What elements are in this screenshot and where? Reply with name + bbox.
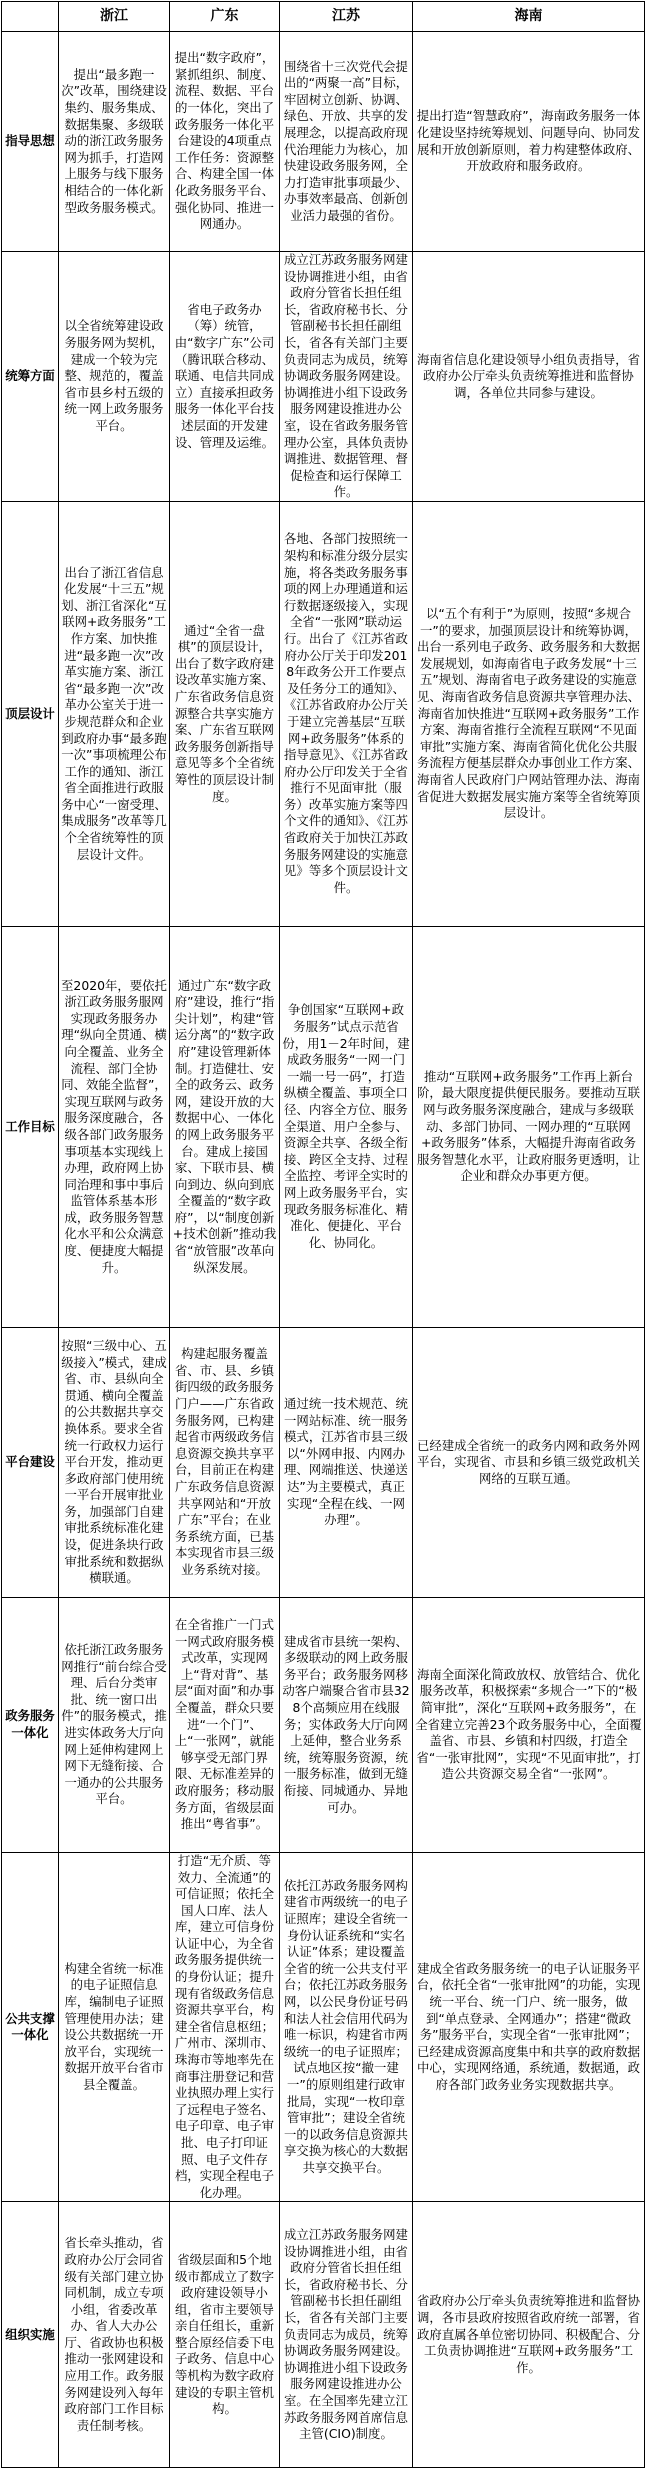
cell-guangdong: 省电子政务办（筹）统管，由“数字广东”公司（腾讯联合移动、联通、电信共同成立）直…	[170, 252, 280, 502]
row-label: 组织实施	[2, 2202, 59, 2416]
table-row: 平台建设 按照“三级中心、五级接入”模式，建成省、市、县纵向全贯通、横向全覆盖的…	[2, 1327, 645, 1597]
row-label: 指导思想	[2, 32, 59, 252]
cell-guangdong: 构建起服务覆盖省、市、县、乡镇街四级的政务服务门户——广东省政务服务网，已构建起…	[170, 1327, 280, 1597]
cell-hainan: 建成全省政务服务统一的电子认证服务平台，依托全省“一张审批网”的功能，实现统一平…	[413, 1852, 645, 2201]
row-label: 平台建设	[2, 1327, 59, 1597]
cell-zhejiang: 以全省统筹建设政务服务网为契机，建成一个较为完整、规范的，覆盖省市县乡村五级的统…	[59, 252, 170, 502]
cell-guangdong: 省级层面和5个地级市都成立了数字政府建设领导小组，省市主要领导亲自任组长，重新整…	[170, 2202, 280, 2416]
cell-zhejiang: 省长牵头推动，省政府办公厅会同省级有关部门建立协同机制，成立专项小组，省委改革办…	[59, 2202, 170, 2416]
cell-jiangsu: 通过统一技术规范、统一网站标准、统一服务模式，江苏省市县三级以“外网申报、内网办…	[280, 1327, 413, 1597]
cell-jiangsu: 各地、各部门按照统一架构和标准分级分层实施，将各类政务服务事项的网上办理通道和运…	[280, 501, 413, 926]
cell-guangdong: 打造“无介质、等效力、全流通”的可信证照；依托全国人口库、法人库，建立可信身份认…	[170, 1852, 280, 2201]
cell-zhejiang: 构建全省统一标准的电子证照信息库，编制电子证照管理使用办法；建设公共数据统一开放…	[59, 1852, 170, 2201]
cell-zhejiang: 提出“最多跑一次”改革，围绕建设集约、服务集成、数据集聚、多级联动的浙江政务服务…	[59, 32, 170, 252]
cell-zhejiang: 依托浙江政务服务网推行“前台综合受理、后台分类审批、统一窗口出件”的服务模式，推…	[59, 1597, 170, 1852]
province-comparison-table: 浙江 广东 江苏 海南 指导思想 提出“最多跑一次”改革，围绕建设集约、服务集成…	[1, 1, 645, 2416]
cell-hainan: 提出打造“智慧政府”，海南政务服务一体化建设坚持统筹规划、问题导向、协同发展和开…	[413, 32, 645, 252]
header-corner	[2, 2, 59, 32]
cell-jiangsu: 围绕省十三次党代会提出的“两聚一高”目标，牢固树立创新、协调、绿色、开放、共享的…	[280, 32, 413, 252]
cell-zhejiang: 按照“三级中心、五级接入”模式，建成省、市、县纵向全贯通、横向全覆盖的公共数据共…	[59, 1327, 170, 1597]
header-hainan: 海南	[413, 2, 645, 32]
header-zhejiang: 浙江	[59, 2, 170, 32]
cell-guangdong: 通过“全省一盘棋”的顶层设计，出台了数字政府建设改革实施方案、广东省政务信息资源…	[170, 501, 280, 926]
cell-hainan: 已经建成全省统一的政务内网和政务外网平台，实现省、市县和乡镇三级党政机关网络的互…	[413, 1327, 645, 1597]
row-label: 公共支撑一体化	[2, 1852, 59, 2201]
header-jiangsu: 江苏	[280, 2, 413, 32]
cell-guangdong: 通过广东“数字政府”建设，推行“指尖计划”，构建“管运分离”的“数字政府”建设管…	[170, 926, 280, 1327]
cell-hainan: 海南全面深化简政放权、放管结合、优化服务改革，积极探索“多规合一”下的“极简审批…	[413, 1597, 645, 1852]
cell-hainan: 推动“互联网+政务服务”工作再上新台阶，最大限度提供便民服务。要推动互联网与政务…	[413, 926, 645, 1327]
table-row: 统筹方面 以全省统筹建设政务服务网为契机，建成一个较为完整、规范的，覆盖省市县乡…	[2, 252, 645, 502]
table-row: 工作目标 至2020年，要依托浙江政务服务服网实现政务服务办理“纵向全贯通、横向…	[2, 926, 645, 1327]
cell-jiangsu: 依托江苏政务服务网构建省市两级统一的电子证照库；建设全省统一身份认证系统和“实名…	[280, 1852, 413, 2201]
row-label: 政务服务一体化	[2, 1597, 59, 1852]
header-guangdong: 广东	[170, 2, 280, 32]
cell-jiangsu: 建成省市县统一架构、多级联动的网上政务服务平台；政务服务网移动客户端聚合省市县3…	[280, 1597, 413, 1852]
table-row: 顶层设计 出台了浙江省信息化发展“十三五”规划、浙江省深化“互联网+政务服务”工…	[2, 501, 645, 926]
cell-zhejiang: 至2020年，要依托浙江政务服务服网实现政务服务办理“纵向全贯通、横向全覆盖、业…	[59, 926, 170, 1327]
cell-hainan: 省政府办公厅牵头负责统筹推进和监督协调，各市县政府按照省政府统一部署，省政府直属…	[413, 2202, 645, 2416]
row-label: 工作目标	[2, 926, 59, 1327]
row-label: 顶层设计	[2, 501, 59, 926]
header-row: 浙江 广东 江苏 海南	[2, 2, 645, 32]
cell-jiangsu: 成立江苏政务服务网建设协调推进小组，由省政府分管省长担任组长，省政府秘书长、分管…	[280, 2202, 413, 2416]
cell-hainan: 海南省信息化建设领导小组负责指导，省政府办公厅牵头负责统筹推进和监督协调，各单位…	[413, 252, 645, 502]
table-row: 组织实施 省长牵头推动，省政府办公厅会同省级有关部门建立协同机制，成立专项小组，…	[2, 2202, 645, 2416]
cell-guangdong: 在全省推广一门式一网式政府服务模式改革，实现网上“背对背”、基层“面对面”和办事…	[170, 1597, 280, 1852]
row-label: 统筹方面	[2, 252, 59, 502]
cell-zhejiang: 出台了浙江省信息化发展“十三五”规划、浙江省深化“互联网+政务服务”工作方案、加…	[59, 501, 170, 926]
cell-hainan: 以“五个有利于”为原则，按照“多规合一”的要求，加强顶层设计和统筹协调，出台一系…	[413, 501, 645, 926]
cell-guangdong: 提出“数字政府”，紧抓组织、制度、流程、数据、平台的一体化，突出了政务服务一体化…	[170, 32, 280, 252]
table-row: 指导思想 提出“最多跑一次”改革，围绕建设集约、服务集成、数据集聚、多级联动的浙…	[2, 32, 645, 252]
table-row: 公共支撑一体化 构建全省统一标准的电子证照信息库，编制电子证照管理使用办法；建设…	[2, 1852, 645, 2201]
table-row: 政务服务一体化 依托浙江政务服务网推行“前台综合受理、后台分类审批、统一窗口出件…	[2, 1597, 645, 1852]
cell-jiangsu: 争创国家“互联网+政务服务”试点示范省份，用1－2年时间，建成政务服务“一网一门…	[280, 926, 413, 1327]
cell-jiangsu: 成立江苏政务服务网建设协调推进小组，由省政府分管省长担任组长，省政府秘书长、分管…	[280, 252, 413, 502]
